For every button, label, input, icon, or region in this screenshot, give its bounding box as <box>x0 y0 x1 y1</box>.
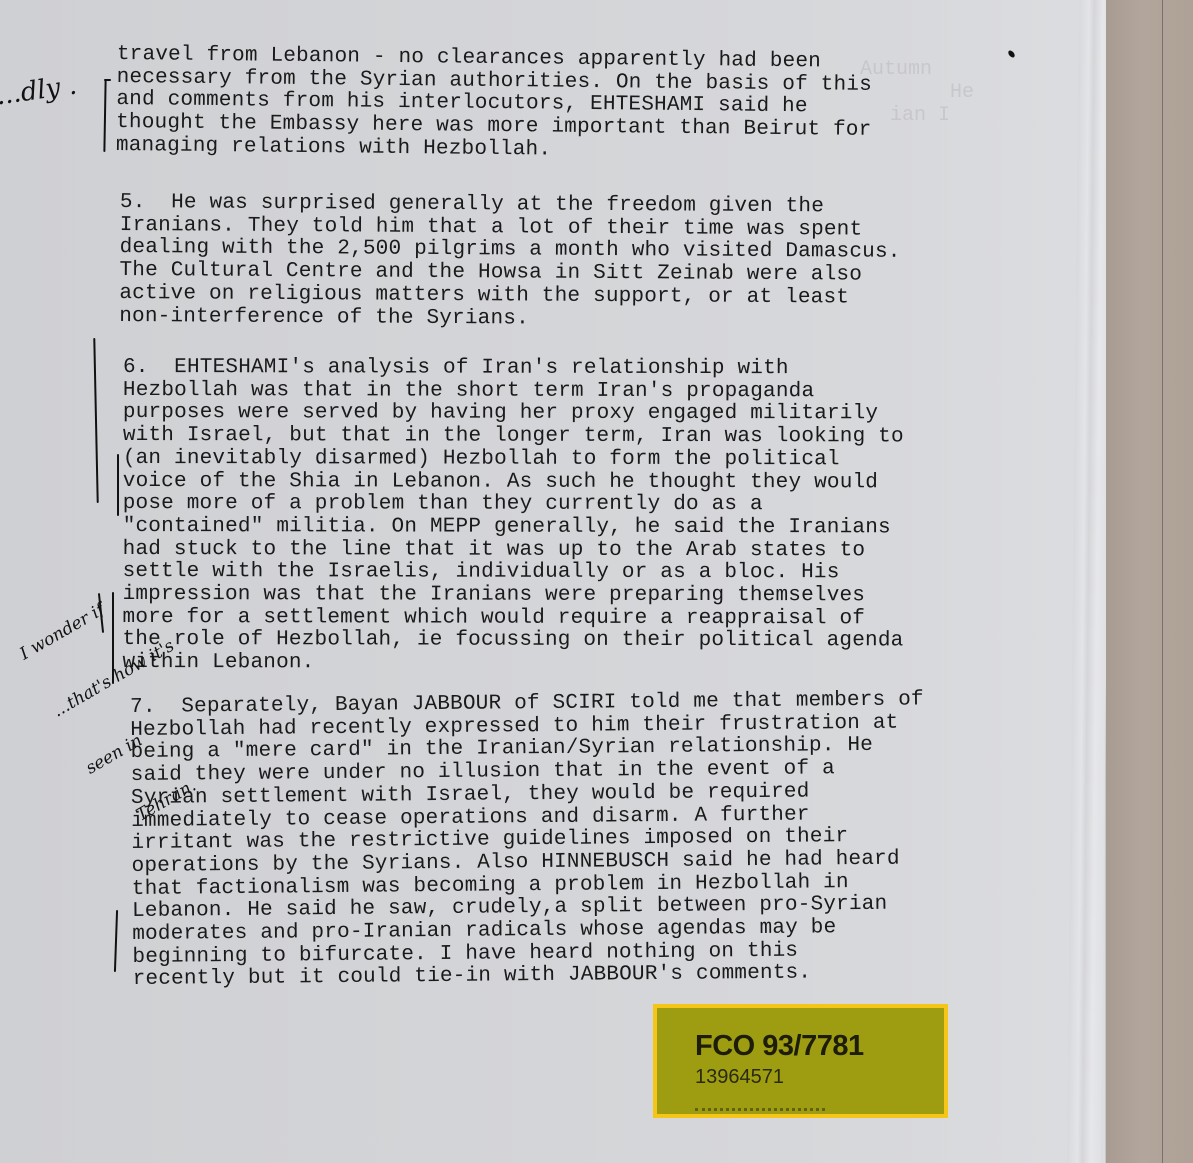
file-folder-cover <box>1106 0 1193 1163</box>
text-line: the role of Hezbollah, ie focussing on t… <box>122 629 903 653</box>
text-line: non-interference of the Syrians. <box>119 306 900 333</box>
paragraph-7: 7. Separately, Bayan JABBOUR of SCIRI to… <box>130 689 927 992</box>
text-line: settle with the Israelis, individually o… <box>123 561 904 585</box>
text-line: more for a settlement which would requir… <box>123 607 904 631</box>
text-line: with Israel, but that in the longer term… <box>123 425 904 449</box>
margin-bracket-p4-tick <box>104 79 111 81</box>
text-line: pose more of a problem than they current… <box>123 493 904 517</box>
text-line: "contained" militia. On MEPP generally, … <box>123 516 904 540</box>
archive-reference: FCO 93/7781 <box>695 1030 864 1063</box>
archive-reference-label: FCO 93/7781 13964571 <box>653 1004 948 1118</box>
archive-item-number: 13964571 <box>695 1066 784 1089</box>
text-line: Hezbollah was that in the short term Ira… <box>123 380 904 404</box>
bleed-through-text: Autumn He ian I <box>860 58 974 127</box>
label-cutoff-text <box>695 1108 825 1116</box>
paragraph-6: 6. EHTESHAMI's analysis of Iran's relati… <box>122 357 903 676</box>
folder-crease <box>1162 0 1163 1163</box>
text-line: impression was that the Iranians were pr… <box>123 584 904 608</box>
text-line: purposes were served by having her proxy… <box>123 402 904 426</box>
text-line: voice of the Shia in Lebanon. As such he… <box>123 471 904 495</box>
text-line: within Lebanon. <box>122 652 903 676</box>
paragraph-5: 5. He was surprised generally at the fre… <box>119 192 901 333</box>
margin-line-p6-inner <box>117 454 119 516</box>
text-line: had stuck to the line that it was up to … <box>123 539 904 563</box>
text-line: 6. EHTESHAMI's analysis of Iran's relati… <box>123 357 904 381</box>
text-line: (an inevitably disarmed) Hezbollah to fo… <box>123 448 904 472</box>
paragraph-4-continued: travel from Lebanon - no clearances appa… <box>116 44 872 165</box>
